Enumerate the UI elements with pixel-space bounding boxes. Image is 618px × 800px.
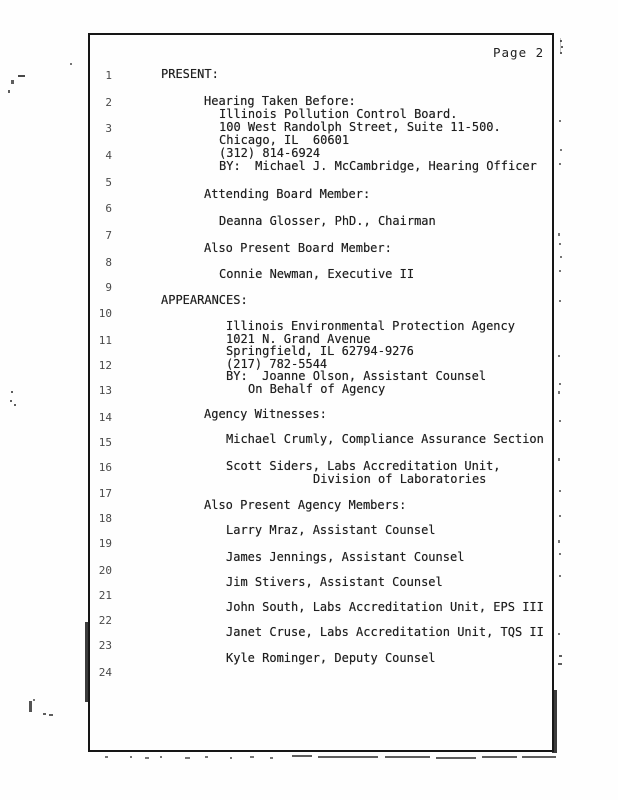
transcript-line: John South, Labs Accreditation Unit, EPS…	[226, 601, 544, 614]
scan-artifact	[318, 756, 378, 758]
line-number: 20	[94, 565, 112, 577]
scan-artifact	[29, 701, 32, 712]
scan-artifact	[18, 75, 25, 77]
scan-artifact	[70, 63, 72, 65]
transcript-line: Janet Cruse, Labs Accreditation Unit, TQ…	[226, 626, 544, 639]
scan-artifact	[11, 391, 13, 393]
line-number: 13	[94, 385, 112, 397]
scan-artifact	[559, 163, 561, 165]
line-number: 8	[94, 257, 112, 269]
transcript-line: Attending Board Member:	[204, 188, 370, 201]
scan-artifact	[385, 756, 430, 758]
scan-artifact	[43, 713, 46, 715]
scan-artifact	[522, 756, 556, 758]
page-number: Page 2	[493, 46, 544, 59]
transcript-line: PRESENT:	[161, 68, 219, 81]
scan-artifact	[560, 256, 562, 258]
transcript-line: Also Present Board Member:	[204, 242, 392, 255]
line-number: 5	[94, 177, 112, 189]
scan-artifact	[230, 757, 232, 759]
scan-artifact	[559, 575, 561, 577]
transcript-line: Michael Crumly, Compliance Assurance Sec…	[226, 433, 544, 446]
scan-artifact	[33, 699, 35, 701]
scan-artifact	[160, 756, 162, 758]
scan-artifact	[292, 755, 312, 757]
line-number: 12	[94, 360, 112, 372]
scan-artifact	[559, 243, 561, 245]
scan-artifact	[8, 90, 10, 93]
scan-artifact	[552, 690, 557, 753]
line-number: 16	[94, 462, 112, 474]
scan-artifact	[560, 38, 561, 52]
scan-artifact	[559, 300, 561, 302]
scan-artifact	[14, 404, 16, 406]
line-number: 21	[94, 590, 112, 602]
scan-artifact	[559, 270, 561, 272]
transcript-line: Agency Witnesses:	[204, 408, 327, 421]
line-number: 22	[94, 615, 112, 627]
line-number: 4	[94, 150, 112, 162]
transcript-page: Page 2 123456789101112131415161718192021…	[0, 0, 618, 800]
scan-artifact	[558, 633, 560, 635]
scan-artifact	[145, 757, 149, 759]
scan-artifact	[105, 756, 108, 758]
line-number: 18	[94, 513, 112, 525]
scan-artifact	[558, 233, 560, 236]
scan-artifact	[560, 149, 562, 151]
scan-artifact	[436, 757, 476, 759]
line-number: 19	[94, 538, 112, 550]
scan-artifact	[558, 663, 562, 665]
transcript-line: Kyle Rominger, Deputy Counsel	[226, 652, 436, 665]
transcript-line: Larry Mraz, Assistant Counsel	[226, 524, 436, 537]
scan-artifact	[250, 756, 254, 758]
scan-artifact	[11, 80, 14, 84]
transcript-line: Also Present Agency Members:	[204, 499, 406, 512]
scan-artifact	[559, 383, 561, 385]
scan-artifact	[85, 622, 89, 702]
transcript-line: Deanna Glosser, PhD., Chairman	[219, 215, 436, 228]
line-number: 17	[94, 488, 112, 500]
line-number: 23	[94, 640, 112, 652]
line-number: 15	[94, 437, 112, 449]
transcript-line: James Jennings, Assistant Counsel	[226, 551, 464, 564]
scan-artifact	[559, 490, 561, 492]
scan-artifact	[558, 540, 560, 543]
scan-artifact	[561, 46, 563, 48]
line-number: 3	[94, 123, 112, 135]
transcript-line: Jim Stivers, Assistant Counsel	[226, 576, 443, 589]
scan-artifact	[49, 714, 53, 716]
scan-artifact	[482, 756, 517, 758]
scan-artifact	[558, 458, 560, 461]
transcript-line: BY: Michael J. McCambridge, Hearing Offi…	[219, 160, 537, 173]
line-number: 1	[94, 70, 112, 82]
transcript-line: APPEARANCES:	[161, 294, 248, 307]
scan-artifact	[560, 52, 562, 54]
scan-artifact	[559, 553, 561, 555]
line-number: 9	[94, 282, 112, 294]
transcript-line: Division of Laboratories	[313, 473, 486, 486]
scan-artifact	[559, 655, 562, 657]
scan-artifact	[270, 757, 273, 759]
line-number: 24	[94, 667, 112, 679]
scan-artifact	[558, 391, 560, 394]
transcript-line: On Behalf of Agency	[248, 383, 385, 396]
line-number: 2	[94, 97, 112, 109]
scan-artifact	[10, 400, 12, 402]
scan-artifact	[559, 420, 561, 422]
line-number: 6	[94, 203, 112, 215]
scan-artifact	[185, 757, 190, 759]
line-number: 7	[94, 230, 112, 242]
transcript-line: Connie Newman, Executive II	[219, 268, 414, 281]
scan-artifact	[205, 756, 208, 758]
line-number: 10	[94, 308, 112, 320]
scan-artifact	[559, 120, 561, 122]
line-number: 14	[94, 412, 112, 424]
line-number: 11	[94, 335, 112, 347]
scan-artifact	[558, 355, 560, 357]
scan-artifact	[130, 756, 132, 758]
scan-artifact	[559, 515, 561, 517]
